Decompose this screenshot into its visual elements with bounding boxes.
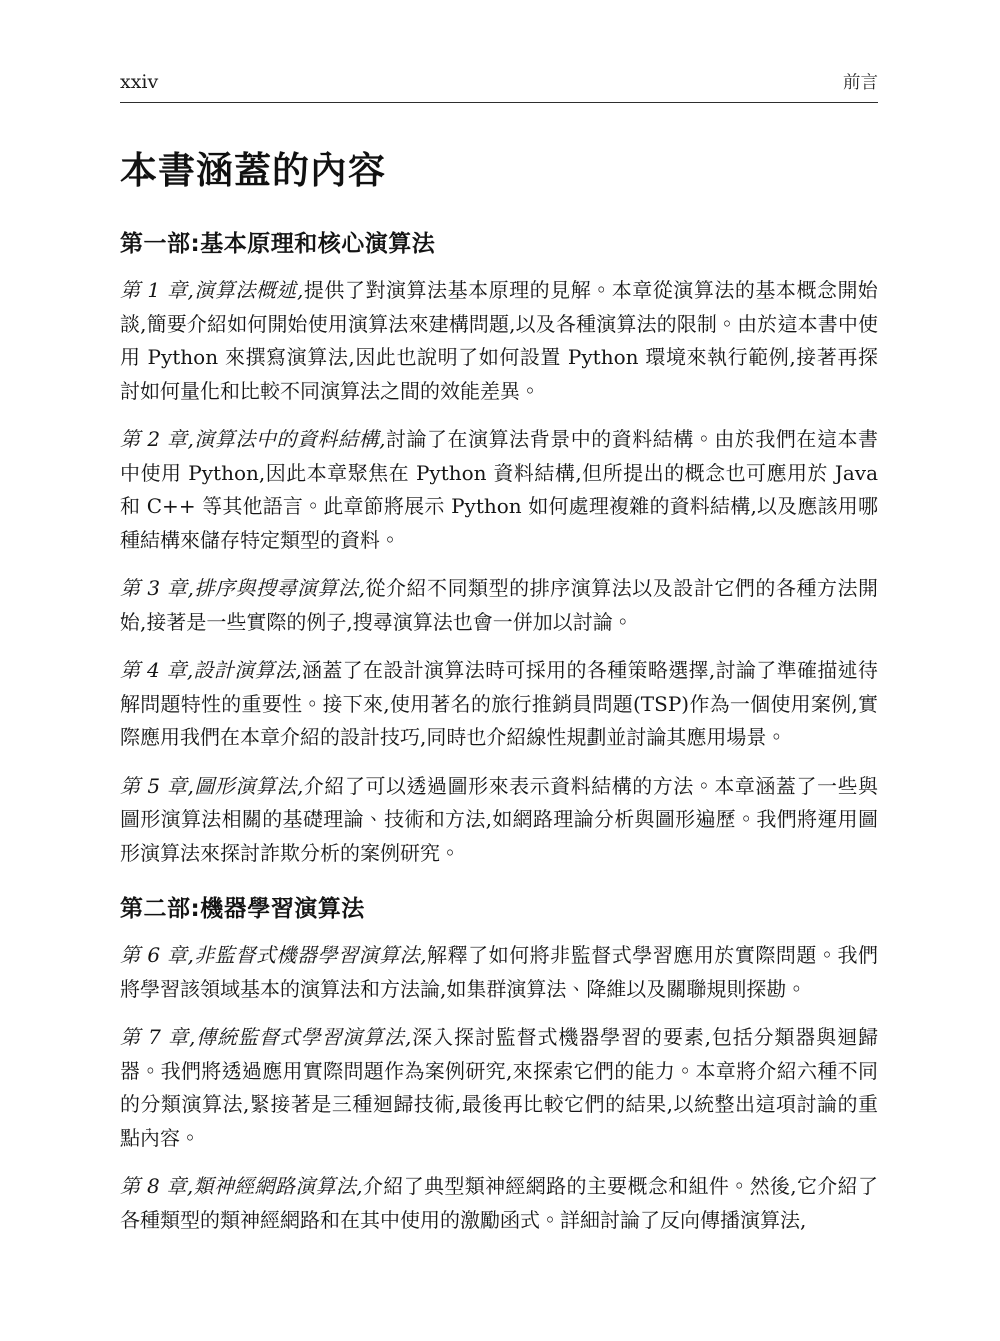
chapter-7-lead: 第 7 章,傳統監督式學習演算法, xyxy=(120,1025,411,1049)
chapter-6-lead: 第 6 章,非監督式機器學習演算法, xyxy=(120,943,427,967)
chapter-5-lead: 第 5 章,圖形演算法, xyxy=(120,774,303,798)
book-page: { "page": { "page_number": "xxiv", "runn… xyxy=(0,0,1000,1341)
chapter-1-lead: 第 1 章,演算法概述, xyxy=(120,278,303,302)
chapter-7-paragraph: 第 7 章,傳統監督式學習演算法,深入探討監督式機器學習的要素,包括分類器與迴歸… xyxy=(120,1021,878,1155)
chapter-4-lead: 第 4 章,設計演算法, xyxy=(120,658,302,682)
chapter-8-paragraph: 第 8 章,類神經網路演算法,介紹了典型類神經網路的主要概念和組件。然後,它介紹… xyxy=(120,1170,878,1237)
chapter-4-paragraph: 第 4 章,設計演算法,涵蓋了在設計演算法時可採用的各種策略選擇,討論了準確描述… xyxy=(120,654,878,755)
chapter-2-lead: 第 2 章,演算法中的資料結構, xyxy=(120,427,385,451)
page-body: xxiv 前言 本書涵蓋的內容 第一部:基本原理和核心演算法 第 1 章,演算法… xyxy=(0,0,1000,1237)
running-header-title: 前言 xyxy=(843,71,878,95)
section-heading-part2: 第二部:機器學習演算法 xyxy=(120,894,878,924)
chapter-6-paragraph: 第 6 章,非監督式機器學習演算法,解釋了如何將非監督式學習應用於實際問題。我們… xyxy=(120,939,878,1006)
chapter-2-paragraph: 第 2 章,演算法中的資料結構,討論了在演算法背景中的資料結構。由於我們在這本書… xyxy=(120,423,878,557)
chapter-3-paragraph: 第 3 章,排序與搜尋演算法,從介紹不同類型的排序演算法以及設計它們的各種方法開… xyxy=(120,572,878,639)
chapter-8-lead: 第 8 章,類神經網路演算法, xyxy=(120,1174,363,1198)
page-title: 本書涵蓋的內容 xyxy=(120,149,878,193)
chapter-3-lead: 第 3 章,排序與搜尋演算法, xyxy=(120,576,365,600)
running-header: xxiv 前言 xyxy=(120,0,878,95)
page-number: xxiv xyxy=(120,70,158,94)
header-rule xyxy=(120,102,878,103)
section-heading-part1: 第一部:基本原理和核心演算法 xyxy=(120,229,878,259)
chapter-1-paragraph: 第 1 章,演算法概述,提供了對演算法基本原理的見解。本章從演算法的基本概念開始… xyxy=(120,274,878,408)
chapter-5-paragraph: 第 5 章,圖形演算法,介紹了可以透過圖形來表示資料結構的方法。本章涵蓋了一些與… xyxy=(120,770,878,871)
